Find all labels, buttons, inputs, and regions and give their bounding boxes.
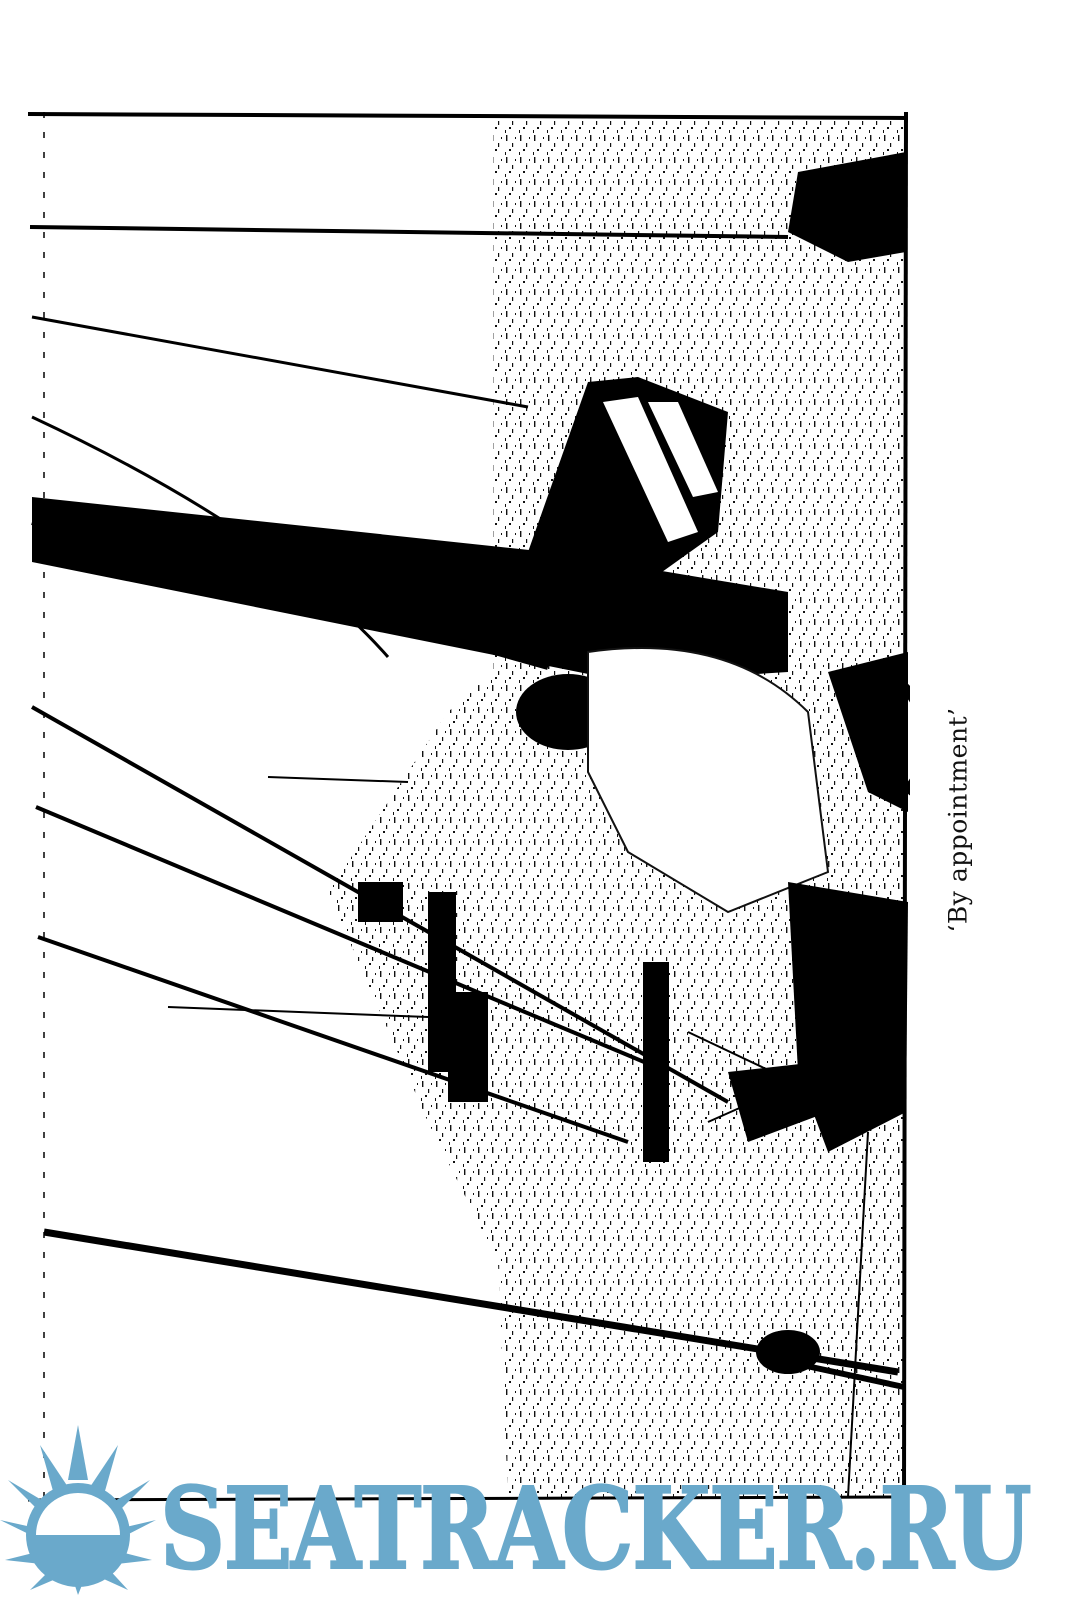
photo-caption: ‘By appointment’: [944, 707, 973, 932]
seatracker-watermark: SEATRACKER.RU: [0, 1420, 1080, 1595]
book-page: ‘By appointment’: [0, 0, 1080, 1619]
watermark-text: SEATRACKER.RU: [160, 1464, 1030, 1595]
sun-icon: [0, 1425, 156, 1595]
svg-text:SEATRACKER.RU: SEATRACKER.RU: [160, 1464, 1030, 1595]
ship-rigging-photo: [28, 112, 910, 1502]
